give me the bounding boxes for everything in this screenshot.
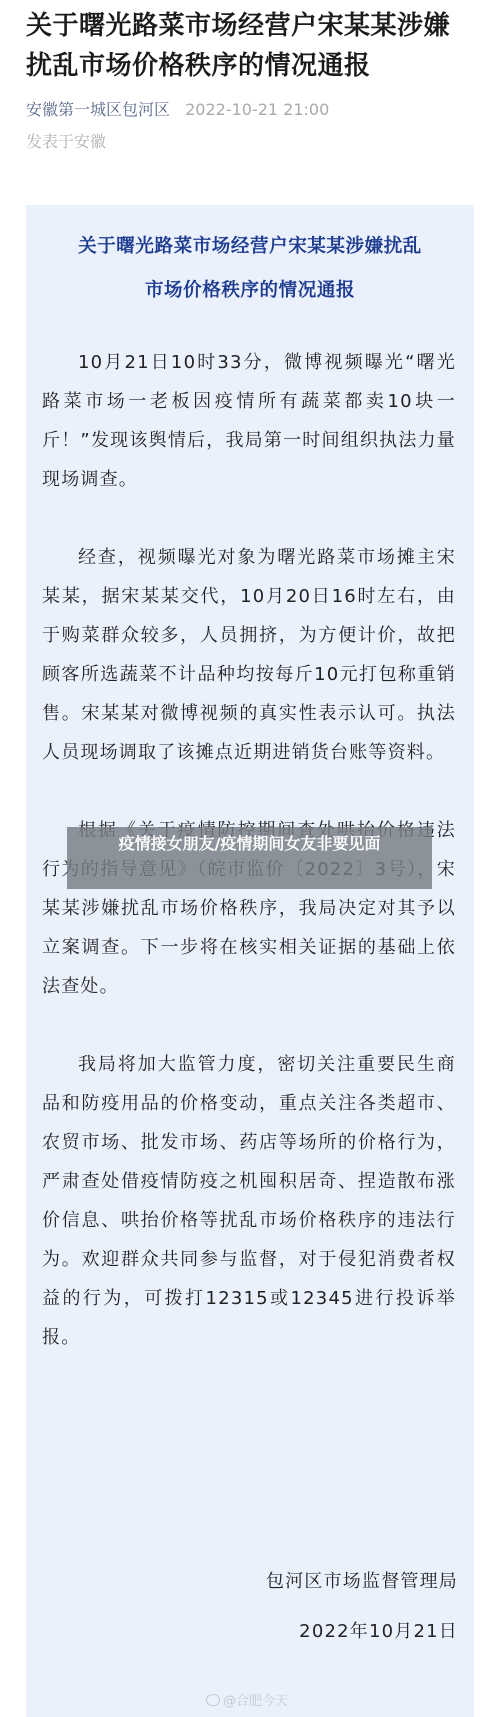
notice-title-line2: 市场价格秩序的情况通报 [26,269,474,313]
notice-image[interactable]: 关于曙光路菜市场经营户宋某某涉嫌扰乱 市场价格秩序的情况通报 10月21日10时… [26,205,474,1717]
weibo-icon [206,1694,220,1706]
article-title: 关于曙光路菜市场经营户宋某某涉嫌扰乱市场价格秩序的情况通报 [26,6,476,86]
notice-paragraph: 10月21日10时33分，微博视频曝光“曙光路菜市场一老板因疫情所有蔬菜都卖10… [42,343,456,499]
article-meta: 安徽第一城区包河区 2022-10-21 21:00 [26,98,476,122]
article-publish-location: 发表于安徽 [26,130,476,154]
notice-paragraph: 经查，视频曝光对象为曙光路菜市场摊主宋某某，据宋某某交代，10月20日16时左右… [42,538,456,772]
notice-title-line1: 关于曙光路菜市场经营户宋某某涉嫌扰乱 [26,225,474,269]
notice-signature: 包河区市场监督管理局 2022年10月21日 [266,1560,458,1654]
signature-date: 2022年10月21日 [266,1610,458,1654]
watermark-text: @合肥今天 [223,1690,288,1709]
article-publish-time: 2022-10-21 21:00 [185,100,329,119]
notice-title: 关于曙光路菜市场经营户宋某某涉嫌扰乱 市场价格秩序的情况通报 [26,225,474,313]
watermark: @合肥今天 [206,1690,288,1709]
notice-paragraph: 我局将加大监管力度，密切关注重要民生商品和防疫用品的价格变动，重点关注各类超市、… [42,1045,456,1357]
overlay-caption-banner: 疫情接女朋友/疫情期间女友非要见面 [67,827,432,889]
article-source-link[interactable]: 安徽第一城区包河区 [26,100,170,119]
article-header: 关于曙光路菜市场经营户宋某某涉嫌扰乱市场价格秩序的情况通报 安徽第一城区包河区 … [26,6,476,154]
signature-organization: 包河区市场监督管理局 [266,1560,458,1604]
